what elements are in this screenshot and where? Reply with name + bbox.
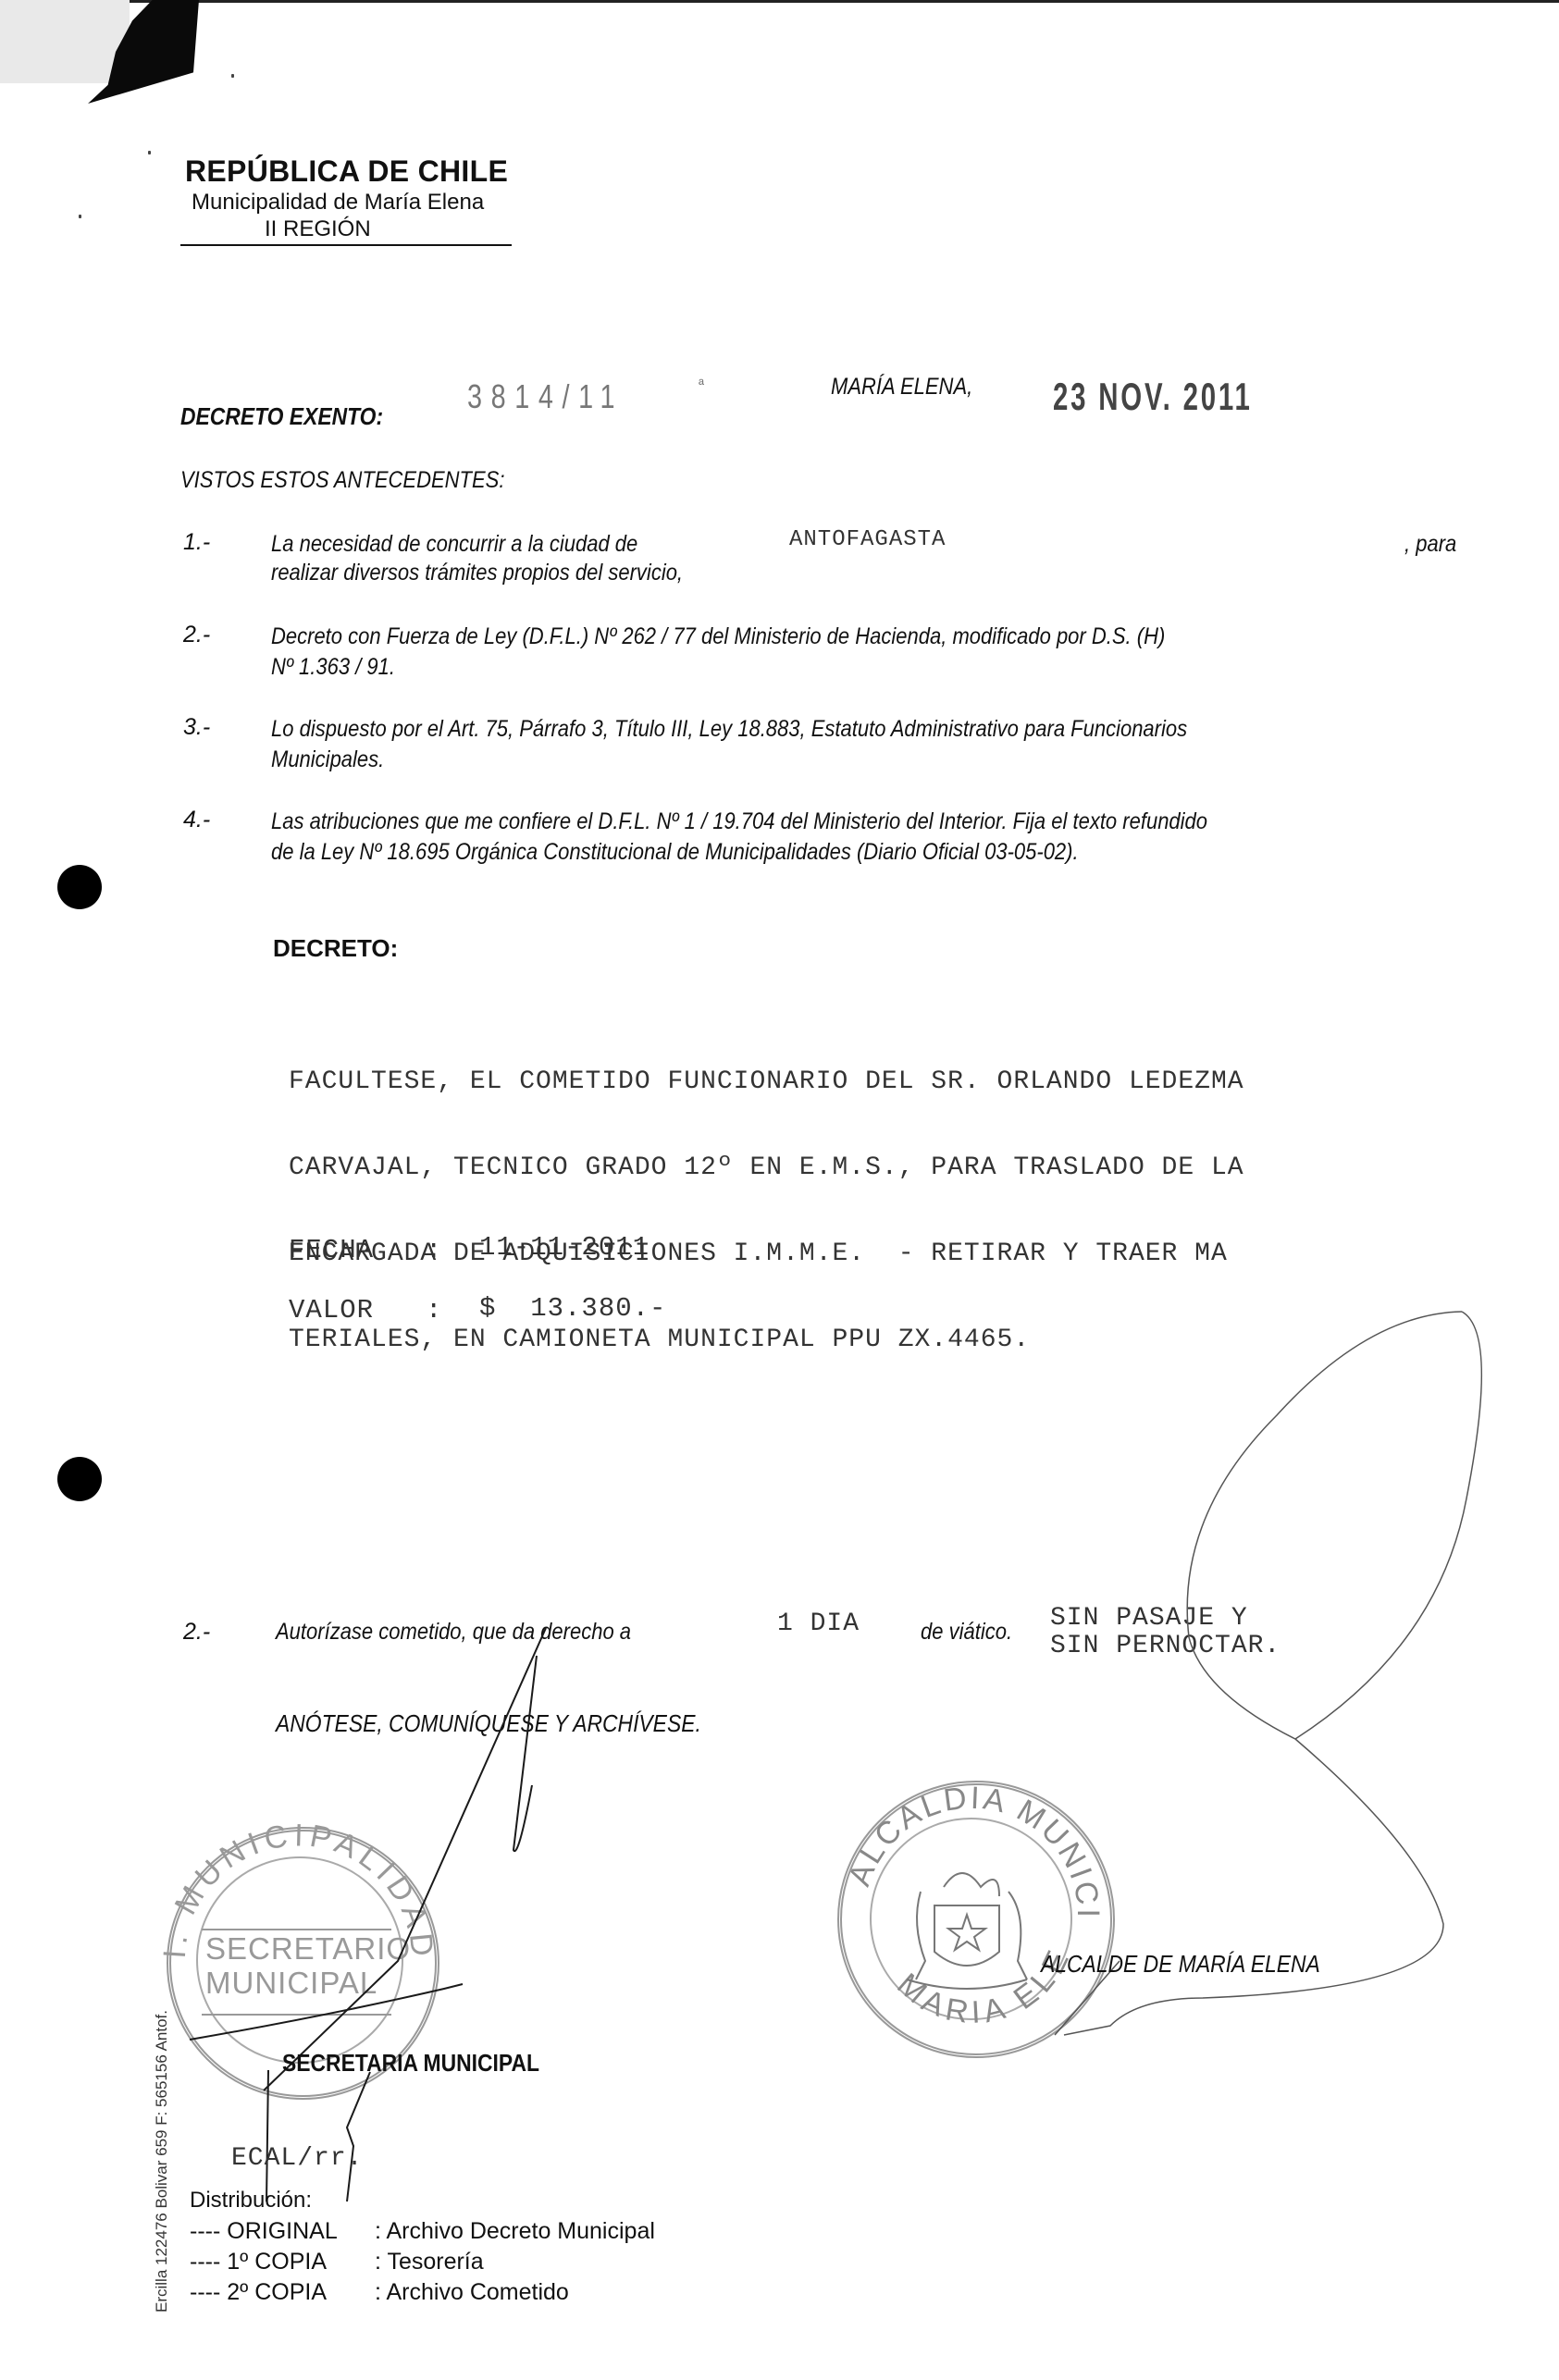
header-municipality: Municipalidad de María Elena xyxy=(192,190,484,216)
fecha-colon: : xyxy=(426,1235,442,1265)
mayor-signature-label: ALCALDE DE MARÍA ELENA xyxy=(1041,1950,1320,1979)
vistos-item-text-line2: de la Ley Nº 18.695 Orgánica Constitucio… xyxy=(271,837,1321,868)
decreto-heading: DECRETO: xyxy=(273,934,398,963)
header-underline xyxy=(180,244,512,246)
distribution-copy: ---- 2º COPIA xyxy=(190,2279,327,2306)
scan-speck xyxy=(148,151,151,154)
article2-days: 1 DIA xyxy=(777,1609,860,1638)
decree-place: MARÍA ELENA, xyxy=(831,374,972,401)
vistos-item: Lo dispuesto por el Art. 75, Párrafo 3, … xyxy=(271,714,1465,775)
vistos-item: Decreto con Fuerza de Ley (D.F.L.) Nº 26… xyxy=(271,622,1465,683)
vistos-item-text: Las atribuciones que me confiere el D.F.… xyxy=(271,807,1321,837)
mayor-seal-inner-ring xyxy=(870,1818,1072,2020)
distribution-destination: : Archivo Cometido xyxy=(375,2279,569,2306)
vistos-item-number: 2.- xyxy=(183,622,210,648)
vistos-item-number: 1.- xyxy=(183,529,210,556)
vistos-heading: VISTOS ESTOS ANTECEDENTES: xyxy=(180,467,504,494)
initials: ECAL/rr. xyxy=(231,2144,363,2173)
decree-number-suffix: ª xyxy=(699,377,704,394)
header-region: II REGIÓN xyxy=(265,216,371,242)
scan-corner-shadow xyxy=(0,0,130,83)
decree-number-stamp: 3814/11 xyxy=(467,377,624,416)
article2-viatico: de viático. xyxy=(921,1619,1012,1646)
secretary-signature-label: SECRETARIA MUNICIPAL xyxy=(282,2049,539,2078)
scan-top-edge xyxy=(0,0,1559,3)
decree-date-stamp: 23 NOV. 2011 xyxy=(1053,375,1253,419)
distribution-copy: ---- 1º COPIA xyxy=(190,2249,327,2275)
vistos-item-text-end: , para xyxy=(1404,529,1559,560)
printer-imprint: Ercilla 122476 Bolivar 659 F: 565156 Ant… xyxy=(153,2010,171,2312)
valor-label: VALOR xyxy=(289,1295,374,1326)
closing-formula: ANÓTESE, COMUNÍQUESE Y ARCHÍVESE. xyxy=(276,1709,701,1738)
vistos-item: Las atribuciones que me confiere el D.F.… xyxy=(271,807,1465,868)
vistos-item-text-line2: Municipales. xyxy=(271,745,1321,775)
secretary-seal-center-text: SECRETARIO MUNICIPAL xyxy=(205,1931,411,2000)
secretary-seal-ring-text: I. MUNICIPALIDAD DE MARIA ELENA xyxy=(0,0,440,1963)
decree-label: DECRETO EXENTO: xyxy=(180,402,383,431)
punch-hole xyxy=(57,1457,102,1501)
fecha-value: 11-11-2011 xyxy=(479,1232,650,1263)
decreto-body: FACULTESE, EL COMETIDO FUNCIONARIO DEL S… xyxy=(289,1010,1244,1383)
typed-city: ANTOFAGASTA xyxy=(789,527,946,552)
scan-speck xyxy=(79,215,81,218)
scan-speck xyxy=(231,74,234,78)
distribution-destination: : Tesorería xyxy=(375,2249,484,2275)
distribution-copy: ---- ORIGINAL xyxy=(190,2218,338,2245)
article2-number: 2.- xyxy=(183,1619,210,1646)
decreto-body-line: CARVAJAL, TECNICO GRADO 12º EN E.M.S., P… xyxy=(289,1153,1244,1182)
mayor-signature xyxy=(1055,1312,1481,2035)
vistos-item-text-line2: realizar diversos trámites propios del s… xyxy=(271,558,1321,588)
vistos-item-number: 4.- xyxy=(183,807,210,833)
valor-colon: : xyxy=(426,1295,442,1326)
distribution-heading: Distribución: xyxy=(190,2188,312,2214)
vistos-item-text-line2: Nº 1.363 / 91. xyxy=(271,652,1321,683)
fecha-label: FECHA xyxy=(289,1235,374,1265)
distribution-destination: : Archivo Decreto Municipal xyxy=(375,2218,655,2245)
vistos-item-text: Lo dispuesto por el Art. 75, Párrafo 3, … xyxy=(271,714,1321,745)
decreto-body-line: FACULTESE, EL COMETIDO FUNCIONARIO DEL S… xyxy=(289,1067,1244,1096)
vistos-item-text: Decreto con Fuerza de Ley (D.F.L.) Nº 26… xyxy=(271,622,1321,652)
valor-value: $ 13.380.- xyxy=(479,1293,666,1324)
decreto-body-line: TERIALES, EN CAMIONETA MUNICIPAL PPU ZX.… xyxy=(289,1326,1244,1354)
article2-text: Autorízase cometido, que da derecho a xyxy=(276,1619,631,1646)
header-country: REPÚBLICA DE CHILE xyxy=(185,154,508,189)
punch-hole xyxy=(57,865,102,909)
article2-conditions: SIN PASAJE Y SIN PERNOCTAR. xyxy=(1050,1605,1281,1660)
vistos-item-number: 3.- xyxy=(183,714,210,741)
